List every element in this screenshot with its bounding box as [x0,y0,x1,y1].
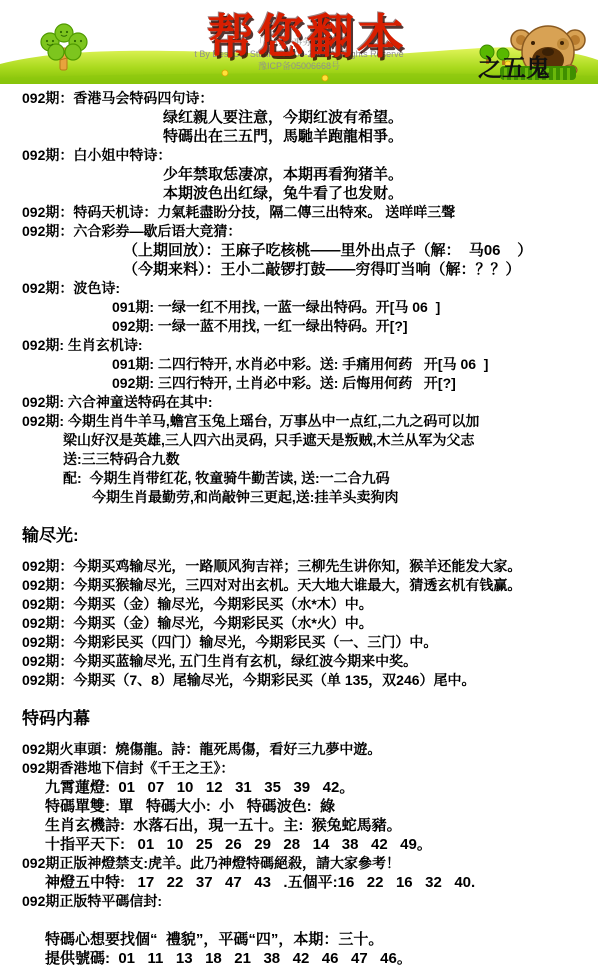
text-line: 送:三三特码合九数 [22,450,592,469]
page-title: 帮您翻本 [207,0,407,67]
text-line: （今期来料）：王小二敲锣打鼓——穷得叮当响（解：？？） [22,260,592,279]
text-line: 神燈五中特: 17 22 37 47 43 .五個平:16 22 16 32 4… [22,873,592,892]
text-line: 今期生肖最勤劳,和尚敲钟三更起,送:挂羊头卖狗肉 [22,488,592,507]
text-line: 092期: 六合神童送特码在其中: [22,393,592,412]
page-banner: 「我们」 事务 联系 版 t By DeskCar Studio ©2003-2… [0,0,598,84]
text-line: 092期火車頭：燒傷龍。詩：龍死馬傷，看好三九夢中遊。 [22,740,592,759]
text-line: 梁山好汉是英雄,三人四六出灵码, 只手遮天是叛贼,木兰从军为父志 [22,431,592,450]
text-line: 提供號碼: 01 11 13 18 21 38 42 46 47 46。 [22,949,592,968]
text-line: 少年禁取恁凄凉，本期再看狗猪羊。 [22,165,592,184]
section-heading: 特码内幕 [22,704,592,729]
text-line: 特碼出在三五門，馬馳羊跑龍相爭。 [22,127,592,146]
text-line: 092期: 今期生肖牛羊马,蟾宫玉兔上瑶台, 万事丛中一点红,二九之码可以加 [22,412,592,431]
text-line: 091期: 二四行特开, 水肖必中彩。送: 手痛用何药 开[马 06 ] [22,355,592,374]
text-line: 配: 今期生肖带红花, 牧童骑牛勤苦读, 送:一二合九码 [22,469,592,488]
blank-line [22,911,592,930]
content-lines: 092期：香港马会特码四句诗：绿红親人要注意，今期红波有希望。特碼出在三五門，馬… [0,84,598,980]
text-line: 092期：今期买鸡输尽光，一路顺风狗吉祥；三柳先生讲你知，猴羊还能发大家。 [22,557,592,576]
text-line: 091期: 一绿一红不用找, 一蓝一绿出特码。开[马 06 ] [22,298,592,317]
text-line: 特碼單雙: 單 特碼大小: 小 特碼波色: 綠 [22,797,592,816]
text-line: 092期正版神燈禁支:虎羊。此乃神燈特碼絕殺，請大家參考！ [22,854,592,873]
text-line: （上期回放）：王麻子吃核桃——里外出点子（解： 马06 ） [22,241,592,260]
text-line: 092期: 三四行特开, 土肖必中彩。送: 后悔用何药 开[?] [22,374,592,393]
text-line: 092期：六合彩券—歇后语大竞猜： [22,222,592,241]
text-line: 092期：今期彩民买（四门）输尽光，今期彩民买（一、三门）中。 [22,633,592,652]
text-line: 092期：香港马会特码四句诗： [22,89,592,108]
text-line: 生肖玄機詩: 水落石出，現一五十。主: 猴兔蛇馬豬。 [22,816,592,835]
text-line: 092期正版特平碼信封: [22,892,592,911]
text-line: 092期：今期买猴输尽光，三四对对出玄机。天大地大谁最大，猜透玄机有钱赢。 [22,576,592,595]
text-line: 特碼心想要找個“ 禮貌”，平碼“四”，本期：三十。 [22,930,592,949]
text-line: 092期：今期买（金）输尽光，今期彩民买（水*火）中。 [22,614,592,633]
text-line: 092期: 生肖玄机诗: [22,336,592,355]
text-line: 092期: 一绿一蓝不用找, 一红一绿出特码。开[?] [22,317,592,336]
text-line: 092期：今期买（7、8）尾输尽光，今期彩民买（单 135，双246）尾中。 [22,671,592,690]
text-line: 本期波色出红绿，兔牛看了也发财。 [22,184,592,203]
text-line: 绿红親人要注意，今期红波有希望。 [22,108,592,127]
section-heading: 输尽光: [22,521,592,546]
text-line: 092期：今期买蓝输尽光, 五门生肖有玄机，绿红波今期来中奖。 [22,652,592,671]
text-line: 092期：特码天机诗：力氣耗盡盼分技，隔二傳三出特來。 送咩咩三聲 [22,203,592,222]
text-line: 092期：白小姐中特诗： [22,146,592,165]
text-line: 九霄蓮燈: 01 07 10 12 31 35 39 42。 [22,778,592,797]
text-line: 十指平天下: 01 10 25 26 29 28 14 38 42 49。 [22,835,592,854]
text-line: 092期：波色诗: [22,279,592,298]
text-line: 092期香港地下信封《千王之王》： [22,759,592,778]
text-line: 092期：今期买（金）输尽光，今期彩民买（水*木）中。 [22,595,592,614]
page-subtitle: 之五鬼 [478,48,550,83]
